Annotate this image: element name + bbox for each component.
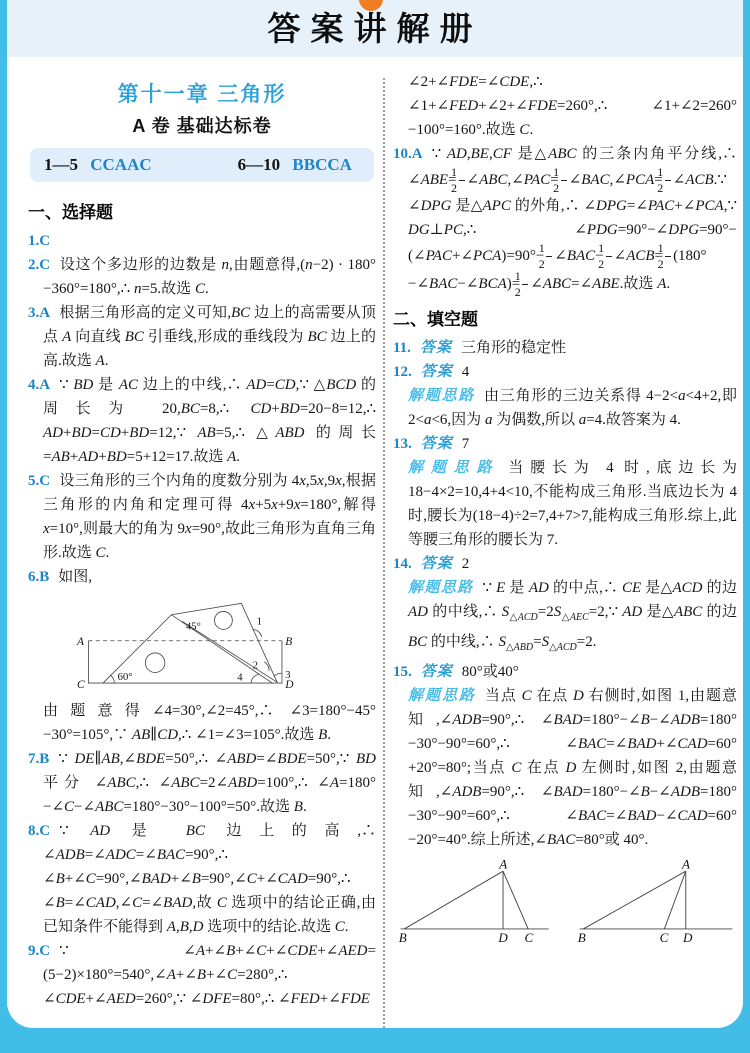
fill-item-14: 14.答案2 xyxy=(393,552,737,576)
solution-text: ∵ AD 是 BC 边上的高,∴ ∠ADB=∠ADC=∠BAC=90°,∴ ∠B… xyxy=(43,823,376,935)
figure-15-2: A B C D xyxy=(574,856,737,946)
point-C-label: C xyxy=(77,679,85,691)
solution-item-5: 5.C设三角形的三个内角的度数分别为 4x,5x,9x,根据三角形的内角和定理可… xyxy=(28,469,376,565)
solution-text: ∵ AD,BE,CF 是△ABC 的三条内角平分线,∴ ∠ABE=12∠ABC,… xyxy=(408,146,737,292)
point-C-label: C xyxy=(660,930,669,945)
solution-item-9: 9.C∵ ∠A+∠B+∠C+∠CDE+∠AED=(5−2)×180°=540°,… xyxy=(28,939,376,1011)
answer-label: 答案 xyxy=(420,340,452,356)
think-text: 当点 C 在点 D 右侧时,如图 1,由题意知,∠ADB=90°,∴ ∠BAD=… xyxy=(408,688,737,848)
solution-item-2: 2.C设这个多边形的边数是 n,由题意得,(n−2) · 180°−360°=1… xyxy=(28,253,376,301)
think-item-14: 解题思路∵ E 是 AD 的中点,∴ CE 是△ACD 的边 AD 的中线,∴ … xyxy=(408,576,737,660)
point-D-label: D xyxy=(284,679,294,691)
point-A-label: A xyxy=(498,856,507,871)
right-column: ∠2+∠FDE=∠CDE,∴ ∠1+∠FED+∠2+∠FDE=260°,∴ ∠1… xyxy=(393,70,737,946)
question-number: 6.B xyxy=(28,569,49,585)
fill-item-13: 13.答案7 xyxy=(393,432,737,456)
question-number: 8.C xyxy=(28,823,50,839)
angle-1-label: 1 xyxy=(257,616,262,627)
answer-key-group: 6—10 BBCCA xyxy=(238,155,352,175)
think-item-15: 解题思路当点 C 在点 D 右侧时,如图 1,由题意知,∠ADB=90°,∴ ∠… xyxy=(408,684,737,852)
think-label: 解题思路 xyxy=(408,580,473,596)
solution-text: ∵ DE∥AB,∠BDE=50°,∴ ∠ABD=∠BDE=50°,∵ BD 平分… xyxy=(43,751,376,815)
solution-text: 由题意得∠4=30°,∠2=45°,∴ ∠3=180°−45°−30°=105°… xyxy=(43,703,376,743)
solution-text: 根据三角形高的定义可知,BC 边上的高需要从顶点 A 向直线 BC 引垂线,形成… xyxy=(43,305,376,369)
solution-text: ∵ ∠A+∠B+∠C+∠CDE+∠AED=(5−2)×180°=540°,∠A+… xyxy=(43,943,376,1007)
answer-text: 2 xyxy=(462,556,470,572)
scanned-answer-page: { "page": { "title": "答案讲解册" }, "left": … xyxy=(0,0,750,1053)
set-square-figure: 45° 60° 1 2 3 4 A B C D xyxy=(64,592,308,696)
solution-item-9-continued: ∠2+∠FDE=∠CDE,∴ ∠1+∠FED+∠2+∠FDE=260°,∴ ∠1… xyxy=(393,70,737,142)
paper-title: A 卷 基础达标卷 xyxy=(28,112,376,138)
question-number: 10.A xyxy=(393,146,423,162)
page-header: 答案讲解册 xyxy=(7,0,743,57)
solution-item-3: 3.A根据三角形高的定义可知,BC 边上的高需要从顶点 A 向直线 BC 引垂线… xyxy=(28,301,376,373)
solution-text: 如图, xyxy=(58,569,92,585)
question-number: 15. xyxy=(393,664,412,680)
angle-2-label: 2 xyxy=(253,660,258,671)
question-number: 13. xyxy=(393,436,412,452)
answer-letters: BBCCA xyxy=(292,155,352,174)
answer-text: 4 xyxy=(462,364,470,380)
question-number: 5.C xyxy=(28,473,50,489)
angle-45-label: 45° xyxy=(186,621,201,632)
fill-item-11: 11.答案三角形的稳定性 xyxy=(393,336,737,360)
solution-item-1: 1.C xyxy=(28,229,376,253)
question-number: 9.C xyxy=(28,943,50,959)
section-title-fill: 二、填空题 xyxy=(393,305,737,330)
question-number: 12. xyxy=(393,364,412,380)
solution-text: 设这个多边形的边数是 n,由题意得,(n−2) · 180°−360°=180°… xyxy=(43,257,376,297)
solution-item-10: 10.A∵ AD,BE,CF 是△ABC 的三条内角平分线,∴ ∠ABE=12∠… xyxy=(393,142,737,299)
answer-label: 答案 xyxy=(421,556,453,572)
chapter-title: 第十一章 三角形 xyxy=(28,78,376,108)
question-number: 11. xyxy=(393,340,411,356)
answer-range: 1—5 xyxy=(44,155,78,174)
figure-15-1: A B D C xyxy=(395,856,558,946)
answer-text: 80°或40° xyxy=(462,664,519,680)
question-number: 2.C xyxy=(28,257,50,273)
point-B-label: B xyxy=(578,930,586,945)
angle-60-label: 60° xyxy=(118,672,133,683)
question-number: 1.C xyxy=(28,233,50,249)
point-C-label: C xyxy=(524,930,533,945)
answer-text: 7 xyxy=(462,436,470,452)
solution-item-4: 4.A∵ BD 是 AC 边上的中线,∴ AD=CD,∵ △BCD 的周长为 2… xyxy=(28,373,376,469)
think-item-12: 解题思路由三角形的三边关系得 4−2<a<4+2,即 2<a<6,因为 a 为偶… xyxy=(408,384,737,432)
answer-letters: CCAAC xyxy=(90,155,151,174)
solution-text: ∠2+∠FDE=∠CDE,∴ ∠1+∠FED+∠2+∠FDE=260°,∴ ∠1… xyxy=(408,74,737,138)
answer-label: 答案 xyxy=(421,364,453,380)
point-A-label: A xyxy=(681,856,690,871)
answer-text: 三角形的稳定性 xyxy=(461,340,566,356)
fill-item-15: 15.答案80°或40° xyxy=(393,660,737,684)
solution-item-6: 6.B如图, xyxy=(28,565,376,589)
solution-item-6-continued: 由题意得∠4=30°,∠2=45°,∴ ∠3=180°−45°−30°=105°… xyxy=(28,699,376,747)
think-label: 解题思路 xyxy=(408,688,476,704)
answer-key-strip: 1—5 CCAAC 6—10 BBCCA xyxy=(30,148,374,182)
page-body: 答案讲解册 第十一章 三角形 A 卷 基础达标卷 1—5 CCAAC 6—10 … xyxy=(7,0,743,1028)
figures-problem15: A B D C A B C D xyxy=(395,856,737,946)
solution-text: 设三角形的三个内角的度数分别为 4x,5x,9x,根据三角形的内角和定理可得 4… xyxy=(43,473,376,561)
think-label: 解题思路 xyxy=(408,460,499,476)
fill-item-12: 12.答案4 xyxy=(393,360,737,384)
answer-range: 6—10 xyxy=(238,155,281,174)
solution-text: ∵ BD 是 AC 边上的中线,∴ AD=CD,∵ △BCD 的周长为 20,B… xyxy=(43,377,376,465)
solution-item-7: 7.B∵ DE∥AB,∠BDE=50°,∴ ∠ABD=∠BDE=50°,∵ BD… xyxy=(28,747,376,819)
answer-label: 答案 xyxy=(421,664,453,680)
figure-problem6: 45° 60° 1 2 3 4 A B C D xyxy=(64,592,376,696)
question-number: 4.A xyxy=(28,377,50,393)
left-column: 第十一章 三角形 A 卷 基础达标卷 1—5 CCAAC 6—10 BBCCA … xyxy=(28,70,376,1011)
question-number: 7.B xyxy=(28,751,49,767)
solution-item-8: 8.C∵ AD 是 BC 边上的高,∴ ∠ADB=∠ADC=∠BAC=90°,∴… xyxy=(28,819,376,939)
point-D-label: D xyxy=(682,930,693,945)
column-divider xyxy=(383,78,385,1028)
answer-label: 答案 xyxy=(421,436,453,452)
section-title-choice: 一、选择题 xyxy=(28,198,376,223)
think-label: 解题思路 xyxy=(408,388,475,404)
point-D-label: D xyxy=(497,930,508,945)
angle-4-label: 4 xyxy=(237,673,243,684)
point-B-label: B xyxy=(285,636,292,648)
think-item-13: 解题思路当腰长为 4 时,底边长为 18−4×2=10,4+4<10,不能构成三… xyxy=(408,456,737,552)
question-number: 14. xyxy=(393,556,412,572)
question-number: 3.A xyxy=(28,305,50,321)
answer-key-group: 1—5 CCAAC xyxy=(44,155,152,175)
point-A-label: A xyxy=(76,636,84,648)
point-B-label: B xyxy=(399,930,407,945)
